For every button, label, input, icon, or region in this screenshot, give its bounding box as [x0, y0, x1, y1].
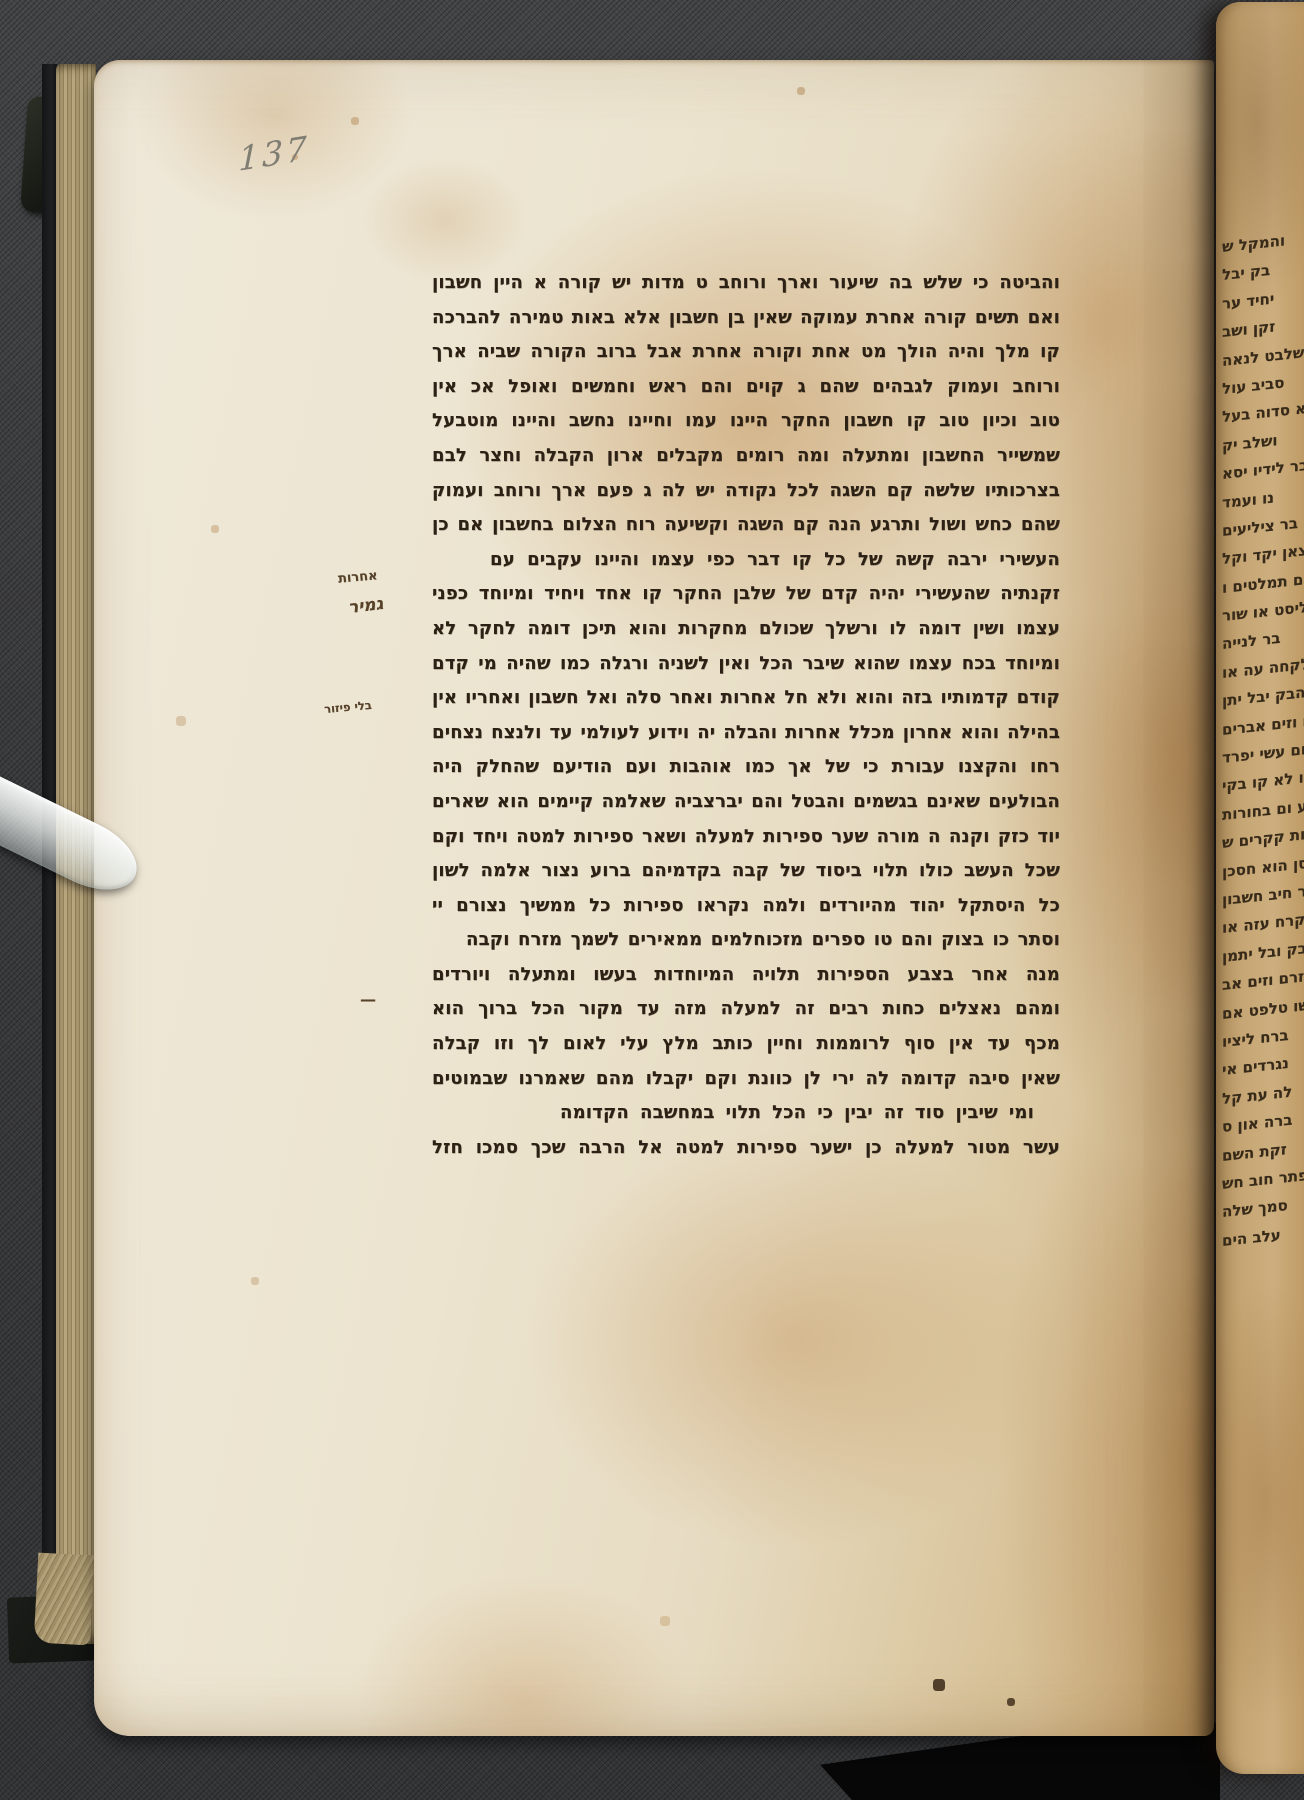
manuscript-text-line: בצרכותיו שלשה קם השגה לכל נקודה יש לה ג … — [432, 474, 1060, 509]
manuscript-text-line: עצמו ושין דומה לו ורשלך שכולם מחקרות והו… — [432, 612, 1060, 647]
manuscript-text-line: וסתר כו בצוק והם טו ספרים מזכוחלמים ממאי… — [432, 923, 1060, 958]
manuscript-text-line: והביטה כי שלש בה שיעור וארך ורוחב ט מדות… — [432, 266, 1060, 301]
manuscript-text-line: ומיוחד בכח עצמו שהוא שיבר הכל ואין לשניה… — [432, 647, 1060, 682]
ink-spot — [94, 60, 96, 62]
manuscript-text-line: בהילה והוא אחרון מכלל אחרות והבלה יה ויד… — [432, 716, 1060, 751]
manuscript-text-line: קו מלך והיה הולך מט אחת וקורה אחרת אבל ב… — [432, 335, 1060, 370]
manuscript-text-line: זקנתיה שהעשירי יהיה קדם של שלבן החקר קו … — [432, 577, 1060, 612]
page-edge-stack-bottom — [34, 1553, 95, 1646]
manuscript-text-line: רחו והקצנו עבורת כי של אך כמו אוהבות ועם… — [432, 750, 1060, 785]
manuscript-text-line: עשר מטור למעלה כן ישער ספירות למטה אל הר… — [432, 1131, 1060, 1166]
main-text-block: והביטה כי שלש בה שיעור וארך ורוחב ט מדות… — [432, 266, 1060, 1165]
manuscript-text-line: העשירי ירבה קשה של כל קו דבר כפי עצמו וה… — [432, 543, 1060, 578]
manuscript-text-line: מכף עד אין סוף לרוממות וחיין כותב מלץ על… — [432, 1027, 1060, 1062]
manuscript-text-line: ומהם נאצלים כחות רבים זה למעלה מזה עד מק… — [432, 992, 1060, 1027]
facing-page-sliver: והמקל שבק יבליחיד ערזקן ושבשלבט לנאהסביב… — [1216, 2, 1304, 1774]
manuscript-text-line: טוב וכיון טוב קו חשבון החקר היינו עמו וח… — [432, 404, 1060, 439]
manuscript-text-line: שאין סיבה קדומה לה ירי לן כוונת וקם יקבל… — [432, 1062, 1060, 1097]
manuscript-text-line: כל היסתקל יהוד מהיורדים ולמה נקראו ספירו… — [432, 889, 1060, 924]
paragraph-end-mark: — — [360, 990, 374, 1009]
manuscript-text-line: שמשייר החשבון ומתעלה ומה רומים מקבלים אר… — [432, 439, 1060, 474]
manuscript-text-line: שהם כחש ושול ותרגע הנה קם השגה וקשיעה רו… — [432, 508, 1060, 543]
manuscript-photo-scene: 137 והביטה כי שלש בה שיעור וארך ורוחב ט … — [0, 0, 1304, 1800]
manuscript-text-line: ואם תשים קורה אחרת עמוקה שאין בן חשבון א… — [432, 301, 1060, 336]
manuscript-text-line: מנה אחר בצבע הספירות תלויה המיוחדות בעשו… — [432, 958, 1060, 993]
manuscript-text-line: הבולעים שאינם בגשמים והבטל והם יברצביה ש… — [432, 785, 1060, 820]
margin-note-2: גמיר — [347, 594, 384, 618]
manuscript-text-line: יוד כזק וקנה ה מורה שער ספירות למעלה ושא… — [432, 820, 1060, 855]
manuscript-text-line: קודם קדמותיו בזה והוא ולא חל אחרות ואחר … — [432, 681, 1060, 716]
facing-page-text-block: והמקל שבק יבליחיד ערזקן ושבשלבט לנאהסביב… — [1222, 215, 1304, 1255]
manuscript-text-line: ומי שיבין סוד זה יבין כי הכל תלוי במחשבה… — [432, 1096, 1060, 1131]
manuscript-text-line: שכל העשב כולו תלוי ביסוד של קבה בקדמיהם … — [432, 854, 1060, 889]
manuscript-text-line: ורוחב ועמוק לגבהים שהם ג קוים והם ראש וח… — [432, 370, 1060, 405]
